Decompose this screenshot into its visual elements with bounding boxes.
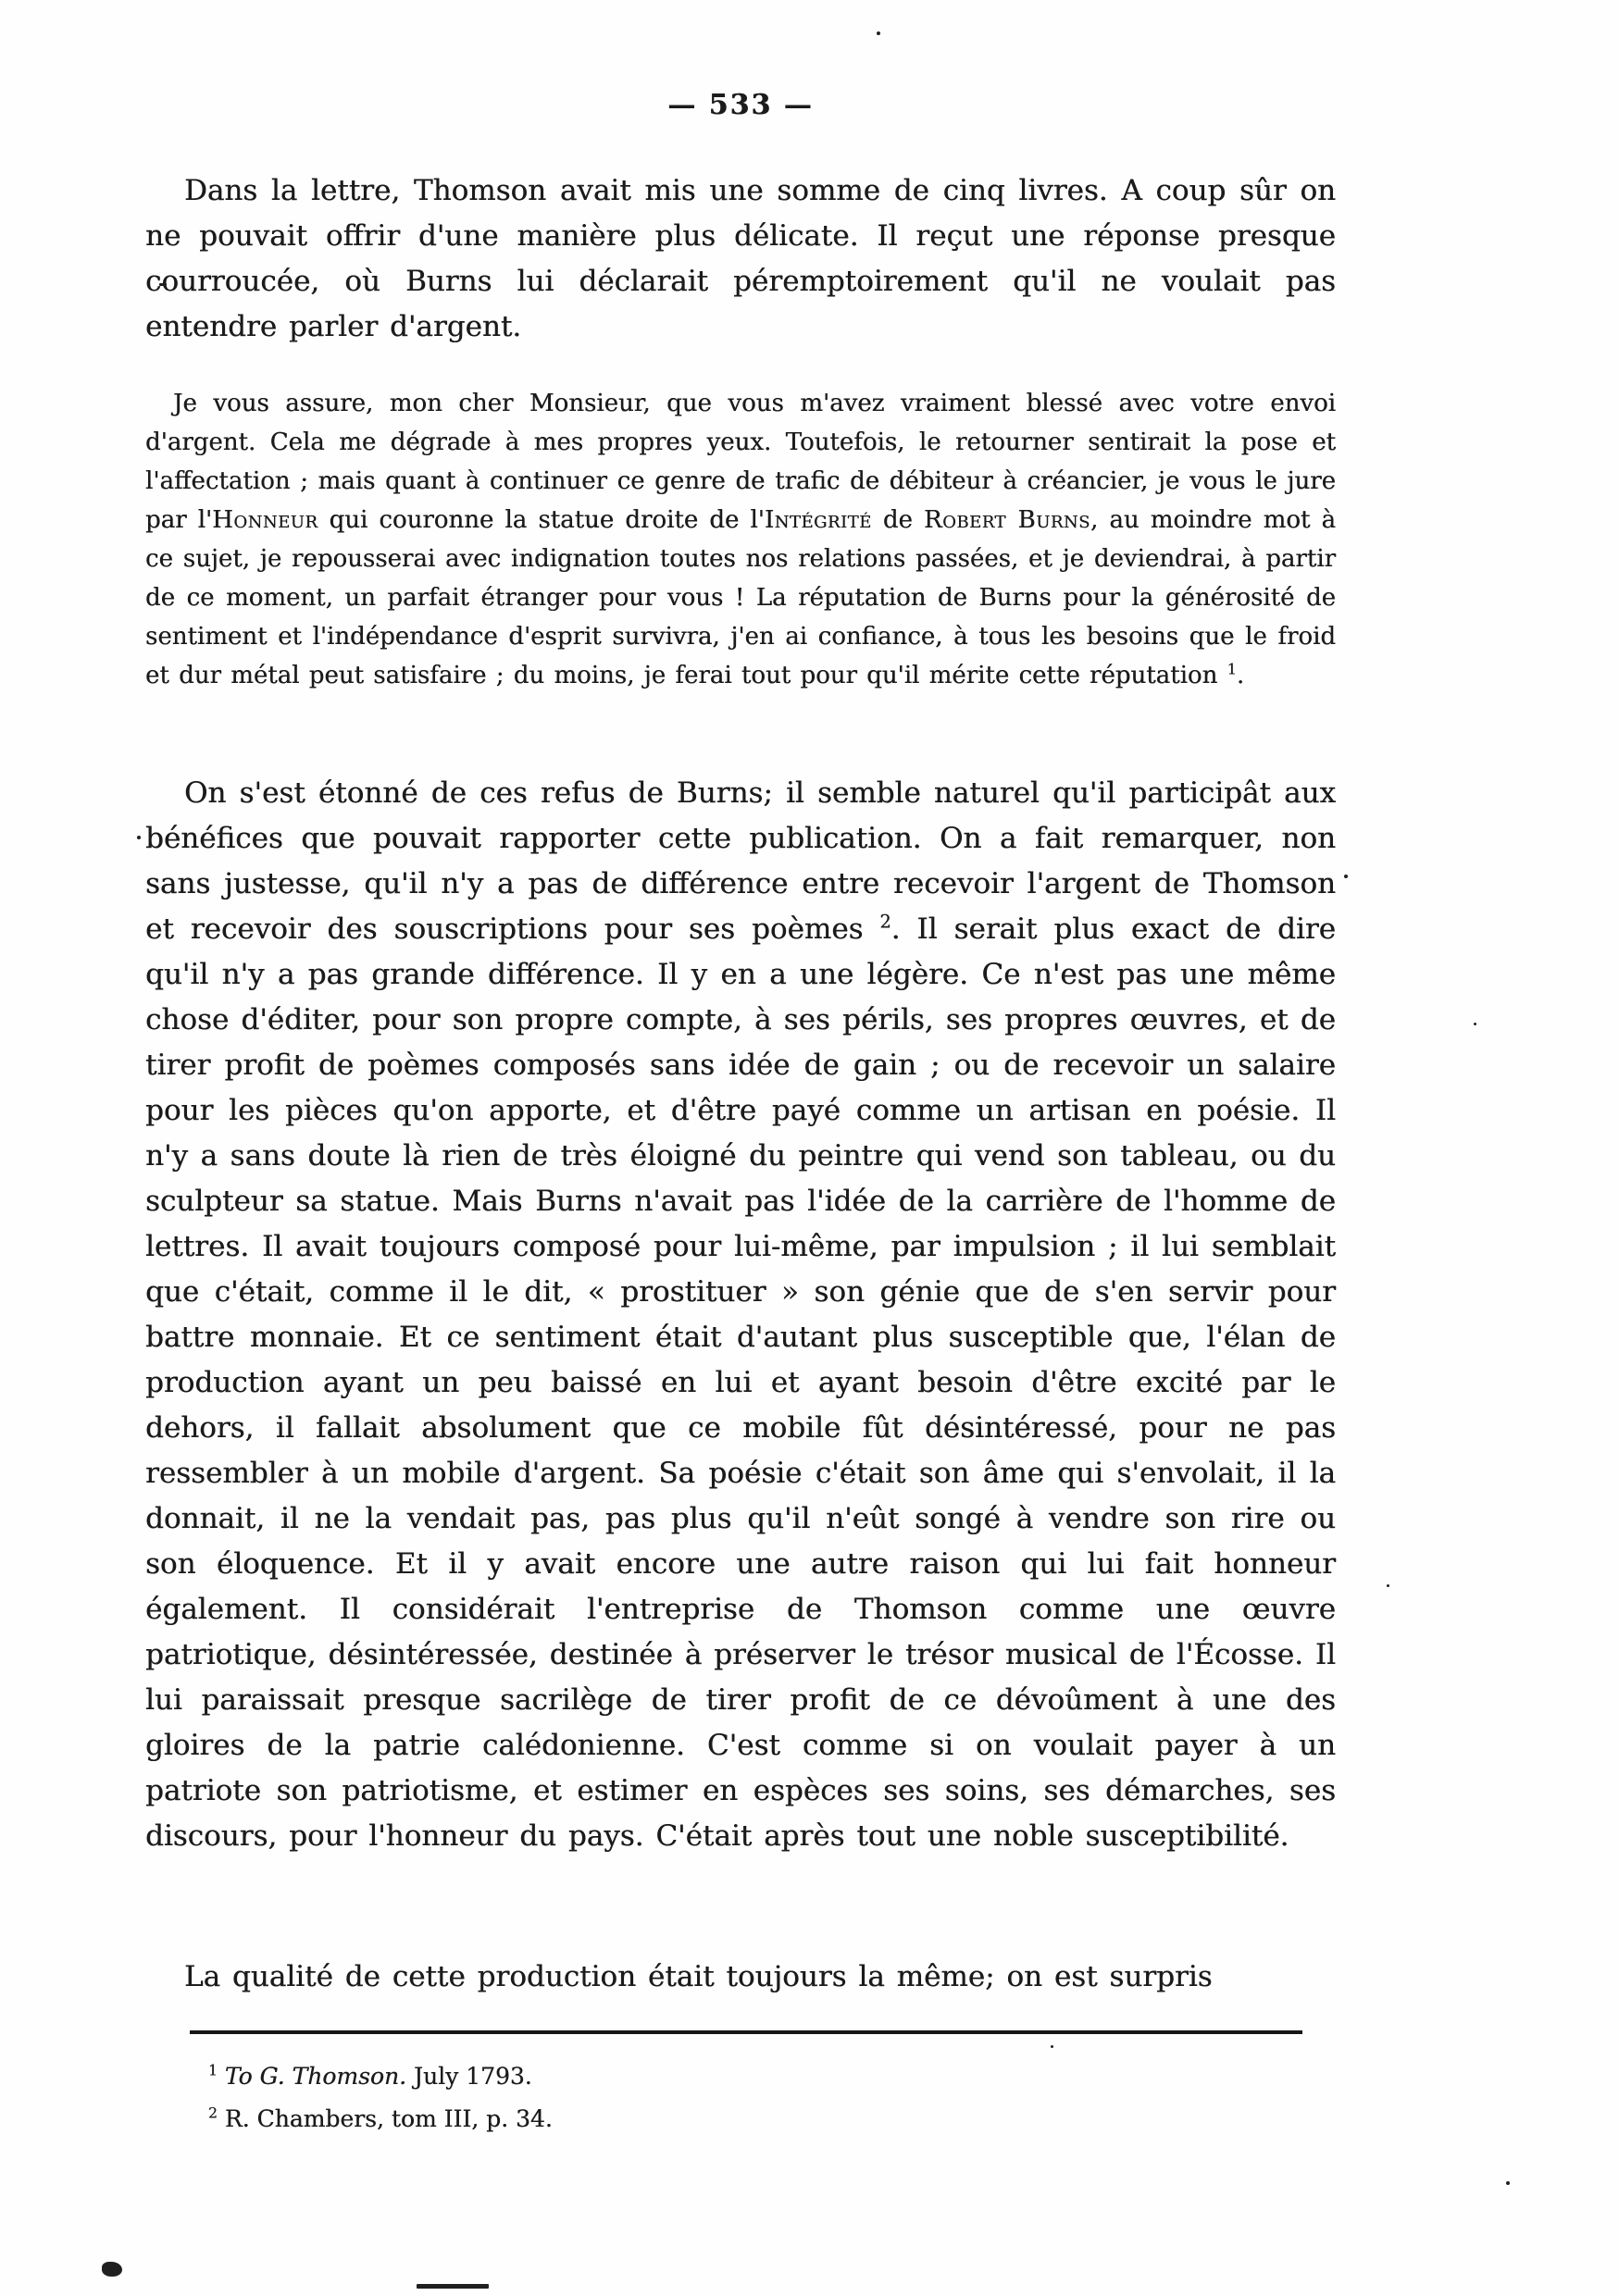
scan-speck (1506, 2181, 1510, 2185)
scan-speck (1051, 2045, 1053, 2048)
paragraph-closing: La qualité de cette production était tou… (145, 1955, 1336, 2000)
scan-speck (1387, 1584, 1389, 1587)
page-number: — 533 — (145, 89, 1336, 121)
book-page: — 533 — Dans la lettre, Thomson avait mi… (0, 0, 1619, 2296)
footnotes: 1 To G. Thomson. July 1793. 2 R. Chamber… (208, 2058, 1338, 2143)
scan-speck (1344, 875, 1348, 878)
scan-speck (159, 283, 167, 286)
scan-speck (877, 31, 880, 35)
letter-quote: Je vous assure, mon cher Monsieur, que v… (145, 384, 1336, 695)
scan-blot (102, 2262, 122, 2277)
paragraph-intro: Dans la lettre, Thomson avait mis une so… (145, 168, 1336, 350)
footnote-2: 2 R. Chambers, tom III, p. 34. (208, 2101, 1338, 2138)
scan-speck (1474, 1023, 1476, 1025)
footnote-1: 1 To G. Thomson. July 1793. (208, 2058, 1338, 2095)
scan-speck (137, 836, 141, 839)
scan-mark (417, 2284, 489, 2289)
footnote-divider (190, 2030, 1302, 2034)
paragraph-main: On s'est étonné de ces refus de Burns; i… (145, 771, 1336, 1859)
